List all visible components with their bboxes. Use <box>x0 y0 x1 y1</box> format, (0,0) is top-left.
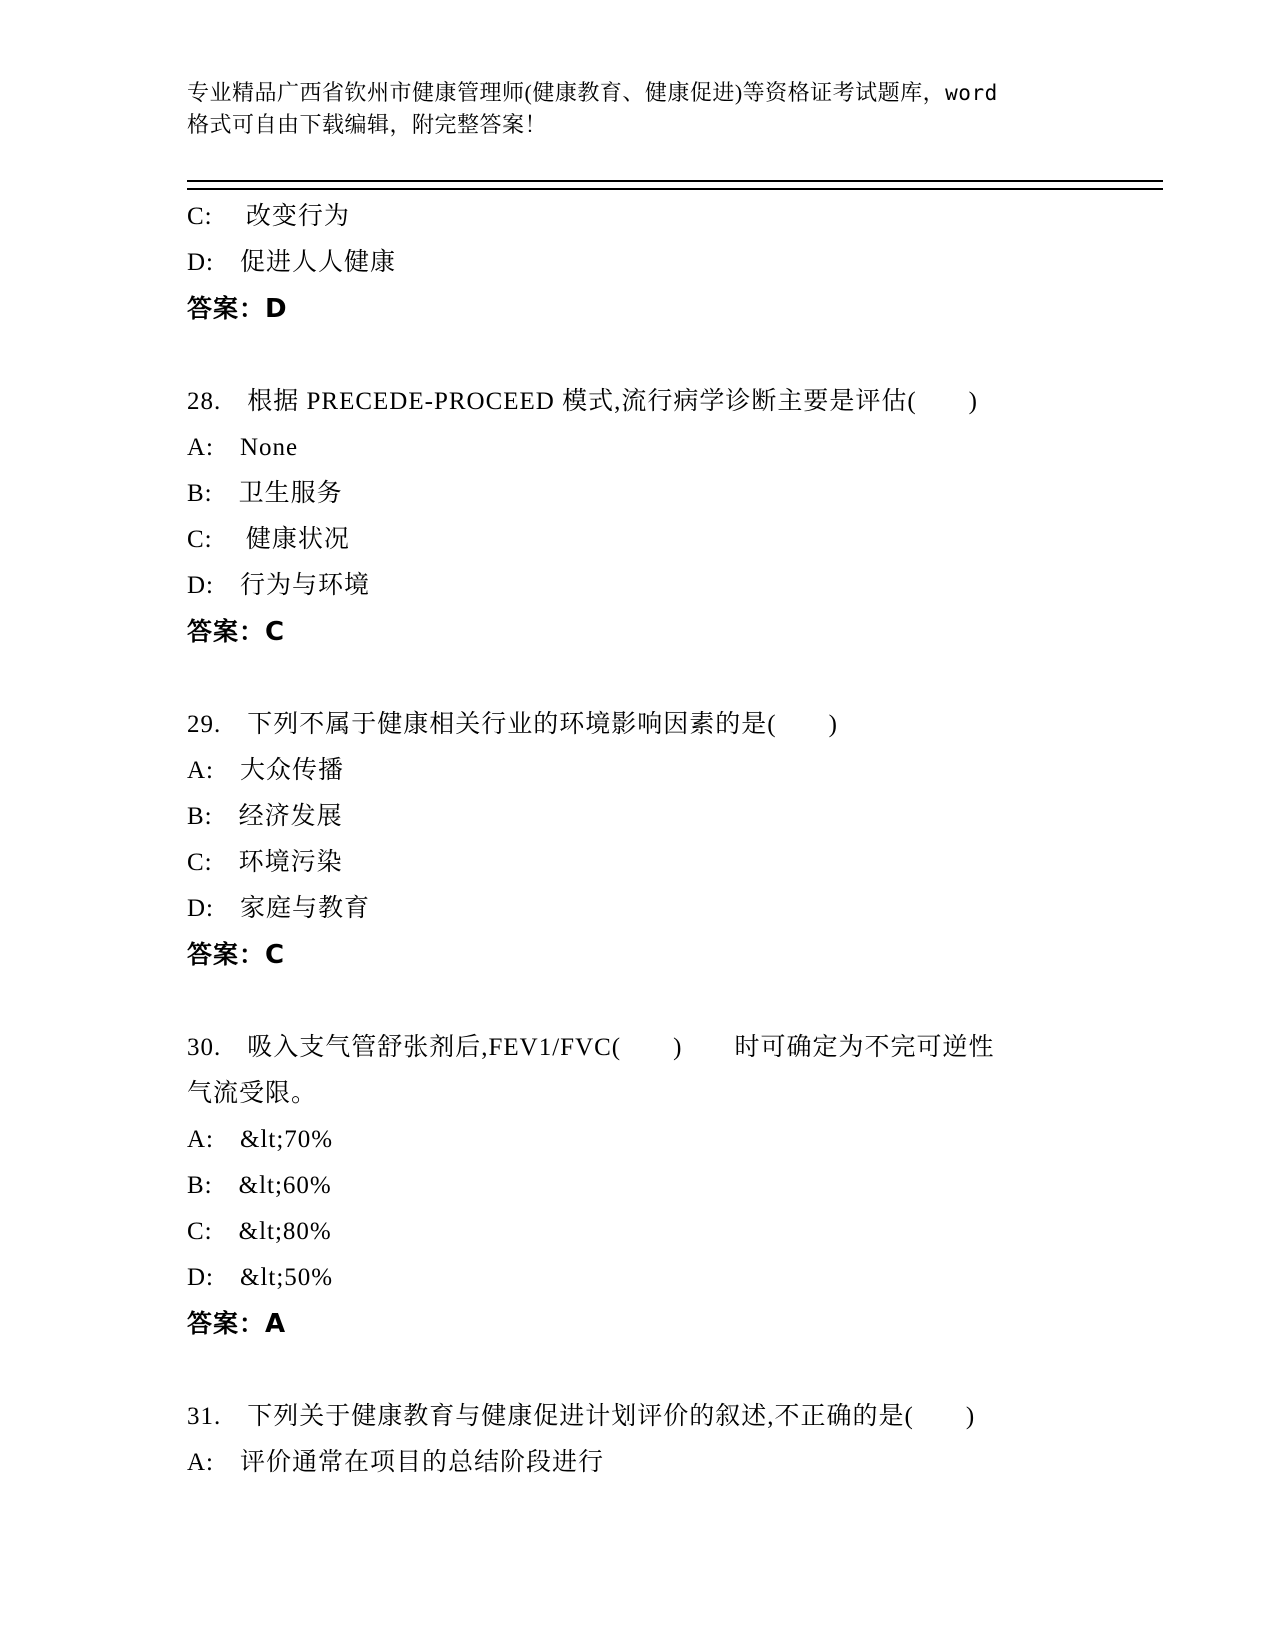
option-d: D: 家庭与教育 <box>187 886 1163 932</box>
option-a: A: &lt;70% <box>187 1117 1163 1163</box>
header-line-1: 专业精品广西省钦州市健康管理师(健康教育、健康促进)等资格证考试题库，word <box>187 77 1163 109</box>
answer-line: 答案：D <box>187 286 1163 333</box>
header-word-token: word <box>945 81 998 105</box>
question-block-29: 29. 下列不属于健康相关行业的环境影响因素的是( ) A: 大众传播 B: 经… <box>187 702 1163 979</box>
answer-value: D <box>265 294 287 324</box>
header-line-2: 格式可自由下载编辑，附完整答案！ <box>187 109 1163 140</box>
question-text: 29. 下列不属于健康相关行业的环境影响因素的是( ) <box>187 702 1163 748</box>
option-d: D: 促进人人健康 <box>187 240 1163 286</box>
answer-line: 答案：C <box>187 609 1163 656</box>
header-line-1-text: 专业精品广西省钦州市健康管理师(健康教育、健康促进)等资格证考试题库， <box>187 80 945 105</box>
question-block-27-tail: C: 改变行为 D: 促进人人健康 答案：D <box>187 194 1163 333</box>
option-c: C: &lt;80% <box>187 1209 1163 1255</box>
header-divider-rule <box>187 180 1163 190</box>
answer-line: 答案：A <box>187 1301 1163 1348</box>
document-page: 专业精品广西省钦州市健康管理师(健康教育、健康促进)等资格证考试题库，word … <box>0 0 1275 1650</box>
answer-value: C <box>265 940 284 970</box>
option-c: C: 改变行为 <box>187 194 1163 240</box>
option-a: A: None <box>187 425 1163 471</box>
option-d: D: 行为与环境 <box>187 563 1163 609</box>
option-d: D: &lt;50% <box>187 1255 1163 1301</box>
option-a: A: 评价通常在项目的总结阶段进行 <box>187 1440 1163 1486</box>
question-block-31: 31. 下列关于健康教育与健康促进计划评价的叙述,不正确的是( ) A: 评价通… <box>187 1394 1163 1486</box>
answer-label: 答案： <box>187 942 265 969</box>
page-header: 专业精品广西省钦州市健康管理师(健康教育、健康促进)等资格证考试题库，word … <box>187 77 1163 140</box>
answer-line: 答案：C <box>187 932 1163 979</box>
question-text-line-2: 气流受限。 <box>187 1071 1163 1117</box>
question-text: 31. 下列关于健康教育与健康促进计划评价的叙述,不正确的是( ) <box>187 1394 1163 1440</box>
option-c: C: 环境污染 <box>187 840 1163 886</box>
option-b: B: &lt;60% <box>187 1163 1163 1209</box>
answer-label: 答案： <box>187 296 265 323</box>
question-block-28: 28. 根据 PRECEDE-PROCEED 模式,流行病学诊断主要是评估( )… <box>187 379 1163 656</box>
option-b: B: 卫生服务 <box>187 471 1163 517</box>
option-c: C: 健康状况 <box>187 517 1163 563</box>
answer-value: C <box>265 617 284 647</box>
answer-label: 答案： <box>187 1311 265 1338</box>
answer-label: 答案： <box>187 619 265 646</box>
question-text: 28. 根据 PRECEDE-PROCEED 模式,流行病学诊断主要是评估( ) <box>187 379 1163 425</box>
question-block-30: 30. 吸入支气管舒张剂后,FEV1/FVC( ) 时可确定为不完可逆性 气流受… <box>187 1025 1163 1348</box>
option-b: B: 经济发展 <box>187 794 1163 840</box>
question-list: C: 改变行为 D: 促进人人健康 答案：D 28. 根据 PRECEDE-PR… <box>187 194 1163 1486</box>
answer-value: A <box>265 1309 285 1339</box>
option-a: A: 大众传播 <box>187 748 1163 794</box>
question-text-line-1: 30. 吸入支气管舒张剂后,FEV1/FVC( ) 时可确定为不完可逆性 <box>187 1025 1163 1071</box>
